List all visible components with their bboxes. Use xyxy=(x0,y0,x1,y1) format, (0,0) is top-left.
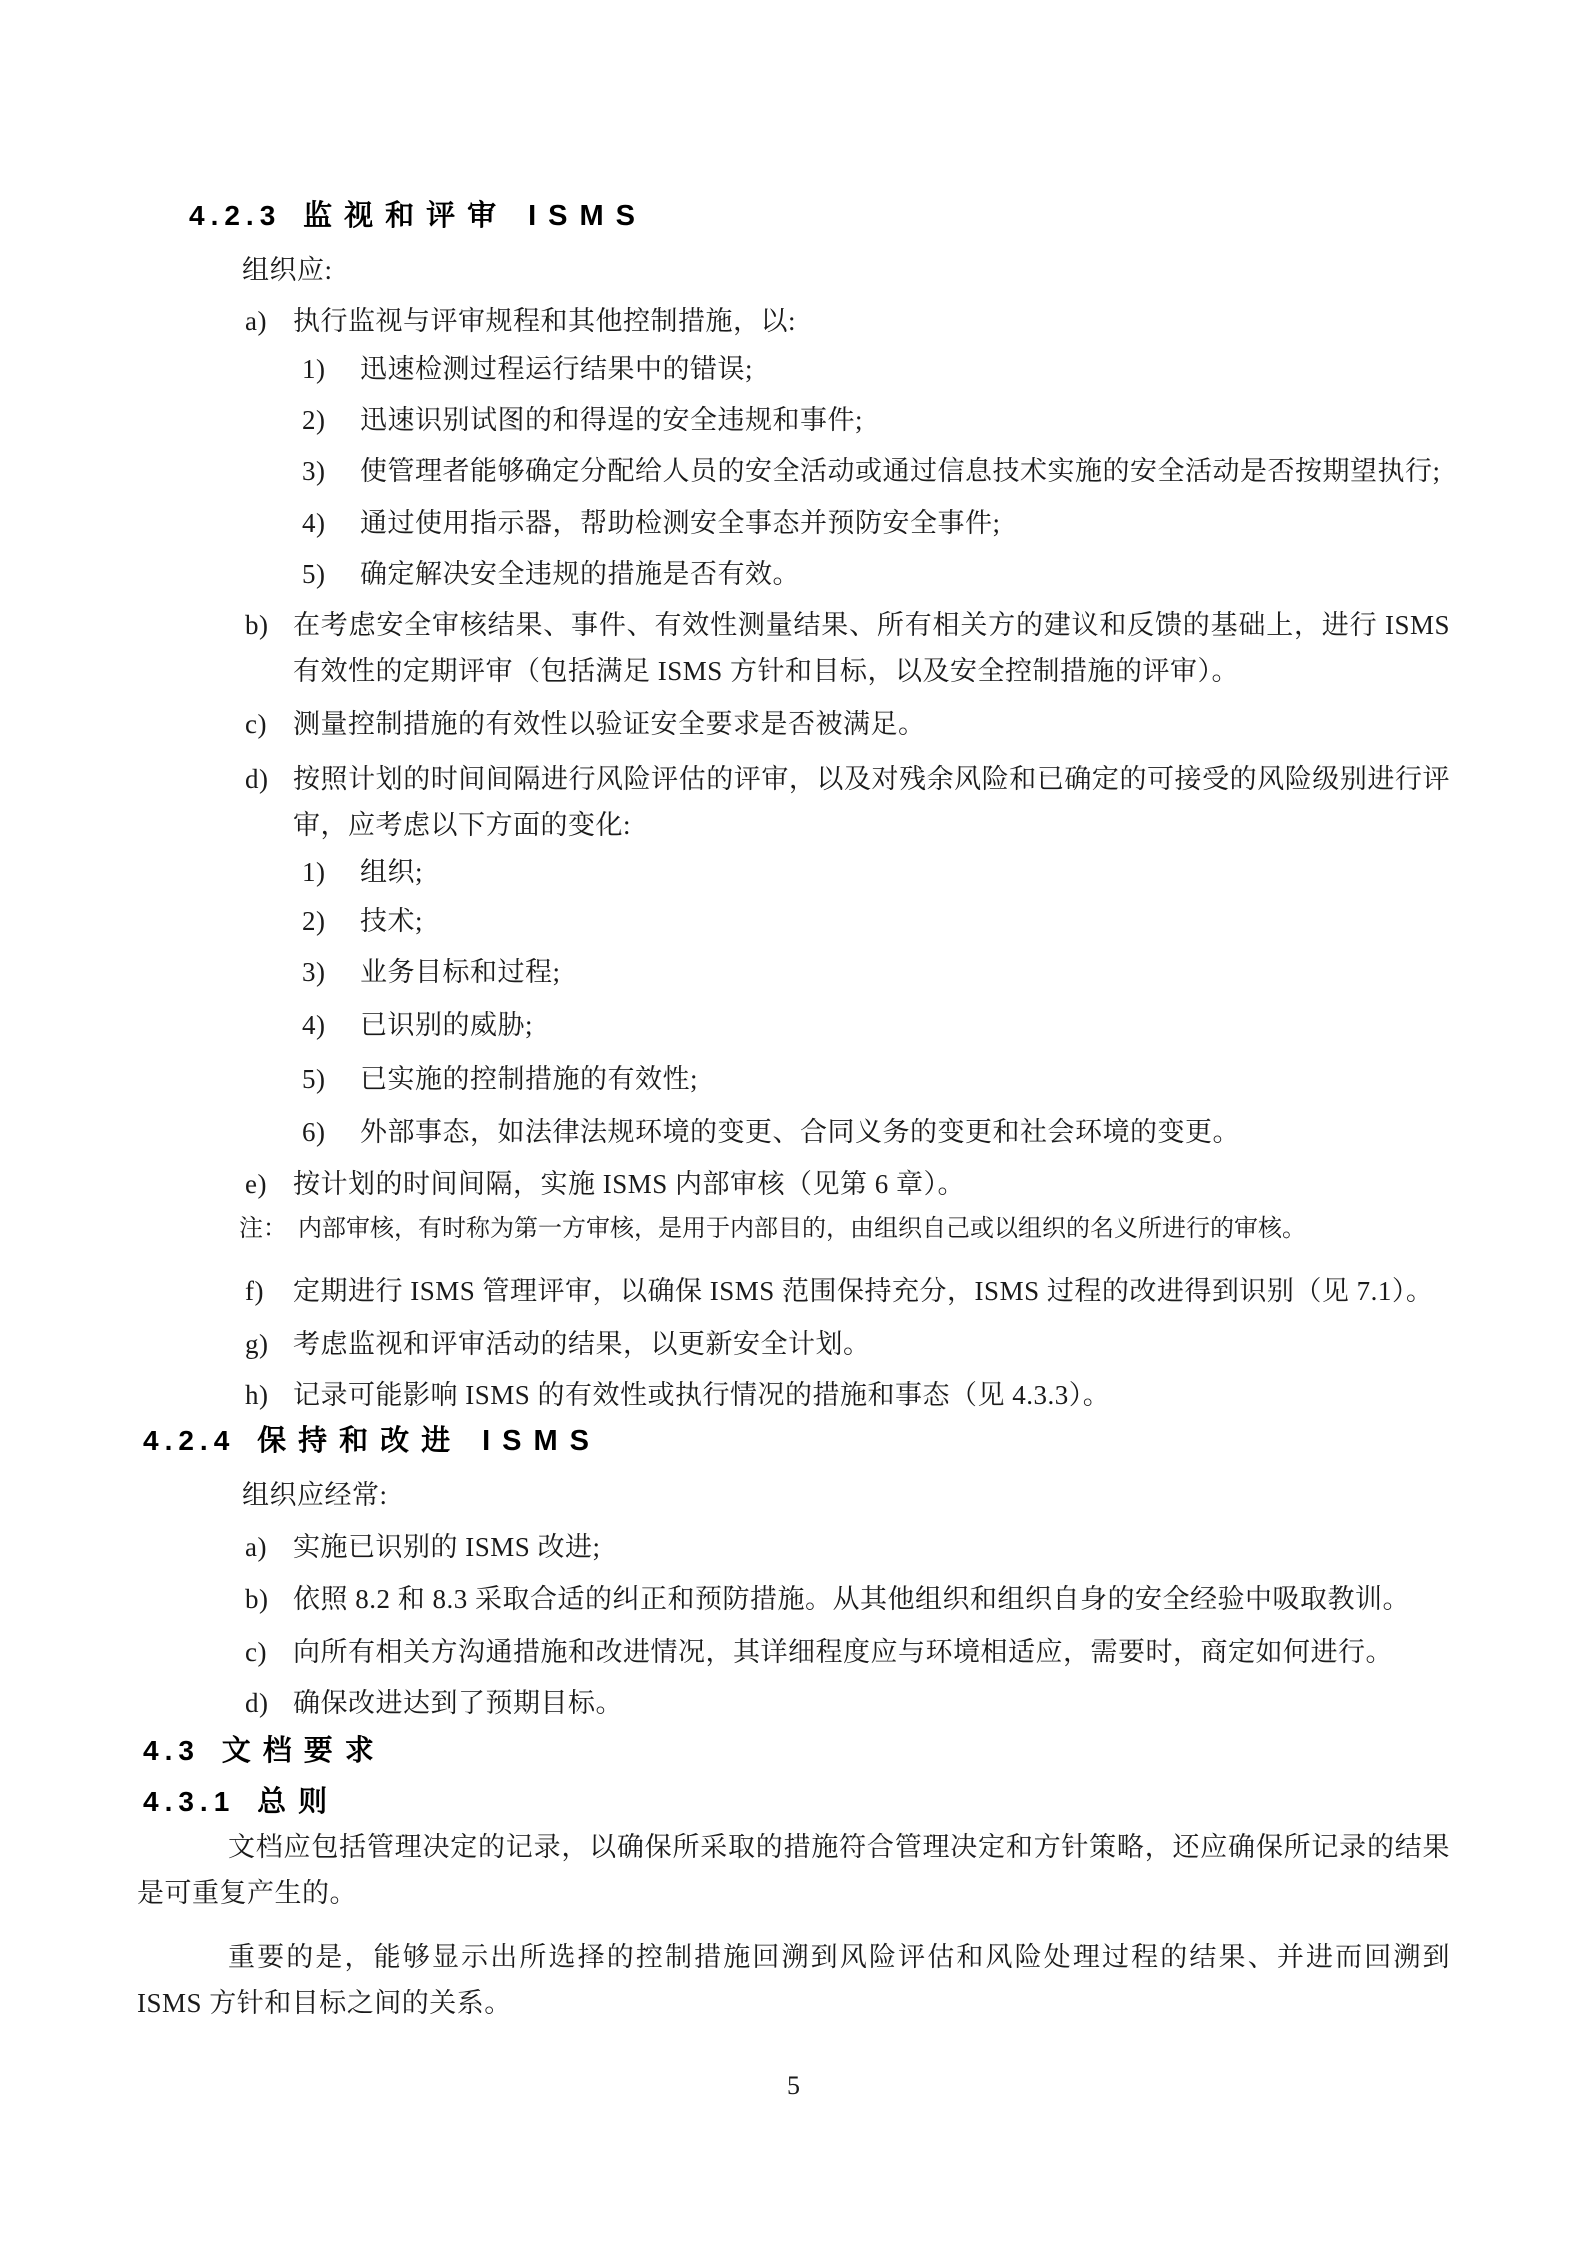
list-item-h: h) 记录可能影响 ISMS 的有效性或执行情况的措施和事态（见 4.3.3）。 xyxy=(293,1372,1450,1418)
list-item-d: d) 确保改进达到了预期目标。 xyxy=(293,1680,1450,1726)
list-marker: 2) xyxy=(302,397,326,443)
list-marker: e) xyxy=(245,1161,267,1207)
list-item-text: 外部事态，如法律法规环境的变更、合同义务的变更和社会环境的变更。 xyxy=(360,1117,1240,1147)
heading-4-2-3: 4.2.3 监视和评审 ISMS xyxy=(189,196,1450,236)
list-item-4: 4) 已识别的威胁; xyxy=(360,1002,1450,1048)
list-marker: a) xyxy=(245,1524,267,1570)
heading-number: 4.2.3 xyxy=(189,196,281,236)
list-item-3: 3) 使管理者能够确定分配给人员的安全活动或通过信息技术实施的安全活动是否按期望… xyxy=(360,448,1450,494)
note-marker: 注： xyxy=(239,1209,287,1249)
list-item-text: 记录可能影响 ISMS 的有效性或执行情况的措施和事态（见 4.3.3）。 xyxy=(293,1380,1110,1410)
list-marker: 1) xyxy=(302,849,326,895)
list-item-text: 执行监视与评审规程和其他控制措施，以: xyxy=(293,306,796,336)
list-marker: 1) xyxy=(302,346,326,392)
body-paragraph: 文档应包括管理决定的记录，以确保所采取的措施符合管理决定和方针策略，还应确保所记… xyxy=(137,1824,1450,1916)
list-item-text: 在考虑安全审核结果、事件、有效性测量结果、所有相关方的建议和反馈的基础上，进行 … xyxy=(293,610,1450,686)
list-item-2: 2) 迅速识别试图的和得逞的安全违规和事件; xyxy=(360,397,1450,443)
heading-title: 文档要求 xyxy=(222,1731,386,1771)
list-item-text: 使管理者能够确定分配给人员的安全活动或通过信息技术实施的安全活动是否按期望执行; xyxy=(360,456,1441,486)
list-item-text: 已实施的控制措施的有效性; xyxy=(360,1064,698,1094)
list-marker: 5) xyxy=(302,1056,326,1102)
list-item-b: b) 依照 8.2 和 8.3 采取合适的纠正和预防措施。从其他组织和组织自身的… xyxy=(293,1576,1450,1622)
page-number: 5 xyxy=(137,2066,1450,2106)
list-item-g: g) 考虑监视和评审活动的结果，以更新安全计划。 xyxy=(293,1321,1450,1367)
list-item-5: 5) 确定解决安全违规的措施是否有效。 xyxy=(360,551,1450,597)
heading-4-3: 4.3 文档要求 xyxy=(143,1731,1450,1771)
list-item-a: a) 实施已识别的 ISMS 改进; xyxy=(293,1524,1450,1570)
list-marker: 5) xyxy=(302,551,326,597)
list-item-text: 业务目标和过程; xyxy=(360,957,561,987)
list-item-6: 6) 外部事态，如法律法规环境的变更、合同义务的变更和社会环境的变更。 xyxy=(360,1109,1450,1155)
list-item-4: 4) 通过使用指示器，帮助检测安全事态并预防安全事件; xyxy=(360,500,1450,546)
list-marker: d) xyxy=(245,1680,269,1726)
list-item-f: f) 定期进行 ISMS 管理评审，以确保 ISMS 范围保持充分，ISMS 过… xyxy=(293,1268,1450,1314)
list-marker: d) xyxy=(245,756,269,802)
list-item-d: d) 按照计划的时间间隔进行风险评估的评审，以及对残余风险和已确定的可接受的风险… xyxy=(293,756,1450,848)
list-marker: 2) xyxy=(302,898,326,944)
list-item-text: 已识别的威胁; xyxy=(360,1010,533,1040)
list-item-text: 迅速检测过程运行结果中的错误; xyxy=(360,354,753,384)
list-item-text: 测量控制措施的有效性以验证安全要求是否被满足。 xyxy=(293,709,926,739)
list-item-text: 定期进行 ISMS 管理评审，以确保 ISMS 范围保持充分，ISMS 过程的改… xyxy=(293,1276,1433,1306)
document-page: 4.2.3 监视和评审 ISMS 组织应: a) 执行监视与评审规程和其他控制措… xyxy=(0,0,1587,2245)
note-text: 内部审核，有时称为第一方审核，是用于内部目的，由组织自己或以组织的名义所进行的审… xyxy=(298,1216,1306,1242)
list-item-text: 依照 8.2 和 8.3 采取合适的纠正和预防措施。从其他组织和组织自身的安全经… xyxy=(293,1584,1410,1614)
heading-4-3-1: 4.3.1 总则 xyxy=(143,1782,1450,1822)
list-item-text: 向所有相关方沟通措施和改进情况，其详细程度应与环境相适应，需要时，商定如何进行。 xyxy=(293,1637,1393,1667)
paragraph-lead: 组织应: xyxy=(242,247,1450,293)
list-item-text: 通过使用指示器，帮助检测安全事态并预防安全事件; xyxy=(360,508,1001,538)
list-marker: f) xyxy=(245,1268,264,1314)
note-line: 注： 内部审核，有时称为第一方审核，是用于内部目的，由组织自己或以组织的名义所进… xyxy=(298,1209,1450,1249)
list-item-c: c) 向所有相关方沟通措施和改进情况，其详细程度应与环境相适应，需要时，商定如何… xyxy=(293,1629,1450,1675)
list-item-b: b) 在考虑安全审核结果、事件、有效性测量结果、所有相关方的建议和反馈的基础上，… xyxy=(293,602,1450,694)
body-paragraph: 重要的是，能够显示出所选择的控制措施回溯到风险评估和风险处理过程的结果、并进而回… xyxy=(137,1934,1450,2026)
list-item-3: 3) 业务目标和过程; xyxy=(360,949,1450,995)
list-item-text: 考虑监视和评审活动的结果，以更新安全计划。 xyxy=(293,1329,871,1359)
list-marker: 3) xyxy=(302,448,326,494)
paragraph-lead: 组织应经常: xyxy=(242,1472,1450,1518)
list-marker: b) xyxy=(245,602,269,648)
list-marker: 6) xyxy=(302,1109,326,1155)
list-marker: b) xyxy=(245,1576,269,1622)
list-item-c: c) 测量控制措施的有效性以验证安全要求是否被满足。 xyxy=(293,701,1450,747)
list-marker: a) xyxy=(245,298,267,344)
list-marker: c) xyxy=(245,1629,267,1675)
list-item-1: 1) 组织; xyxy=(360,849,1450,895)
heading-title: 监视和评审 ISMS xyxy=(303,196,647,236)
list-item-text: 确保改进达到了预期目标。 xyxy=(293,1688,623,1718)
list-marker: 4) xyxy=(302,1002,326,1048)
list-item-text: 按计划的时间间隔，实施 ISMS 内部审核（见第 6 章）。 xyxy=(293,1169,965,1199)
list-item-a: a) 执行监视与评审规程和其他控制措施，以: xyxy=(293,298,1450,344)
list-marker: g) xyxy=(245,1321,269,1367)
list-item-text: 迅速识别试图的和得逞的安全违规和事件; xyxy=(360,405,863,435)
list-marker: 3) xyxy=(302,949,326,995)
heading-4-2-4: 4.2.4 保持和改进 ISMS xyxy=(143,1421,1450,1461)
list-item-2: 2) 技术; xyxy=(360,898,1450,944)
heading-number: 4.3.1 xyxy=(143,1782,235,1822)
list-item-text: 确定解决安全违规的措施是否有效。 xyxy=(360,559,800,589)
list-marker: c) xyxy=(245,701,267,747)
heading-number: 4.3 xyxy=(143,1731,200,1771)
heading-title: 总则 xyxy=(257,1782,339,1822)
list-item-e: e) 按计划的时间间隔，实施 ISMS 内部审核（见第 6 章）。 xyxy=(293,1161,1450,1207)
list-item-5: 5) 已实施的控制措施的有效性; xyxy=(360,1056,1450,1102)
list-item-text: 技术; xyxy=(360,906,423,936)
list-marker: h) xyxy=(245,1372,269,1418)
list-item-1: 1) 迅速检测过程运行结果中的错误; xyxy=(360,346,1450,392)
heading-title: 保持和改进 ISMS xyxy=(257,1421,601,1461)
list-item-text: 组织; xyxy=(360,857,423,887)
list-item-text: 按照计划的时间间隔进行风险评估的评审，以及对残余风险和已确定的可接受的风险级别进… xyxy=(293,764,1450,840)
list-item-text: 实施已识别的 ISMS 改进; xyxy=(293,1532,601,1562)
list-marker: 4) xyxy=(302,500,326,546)
heading-number: 4.2.4 xyxy=(143,1421,235,1461)
